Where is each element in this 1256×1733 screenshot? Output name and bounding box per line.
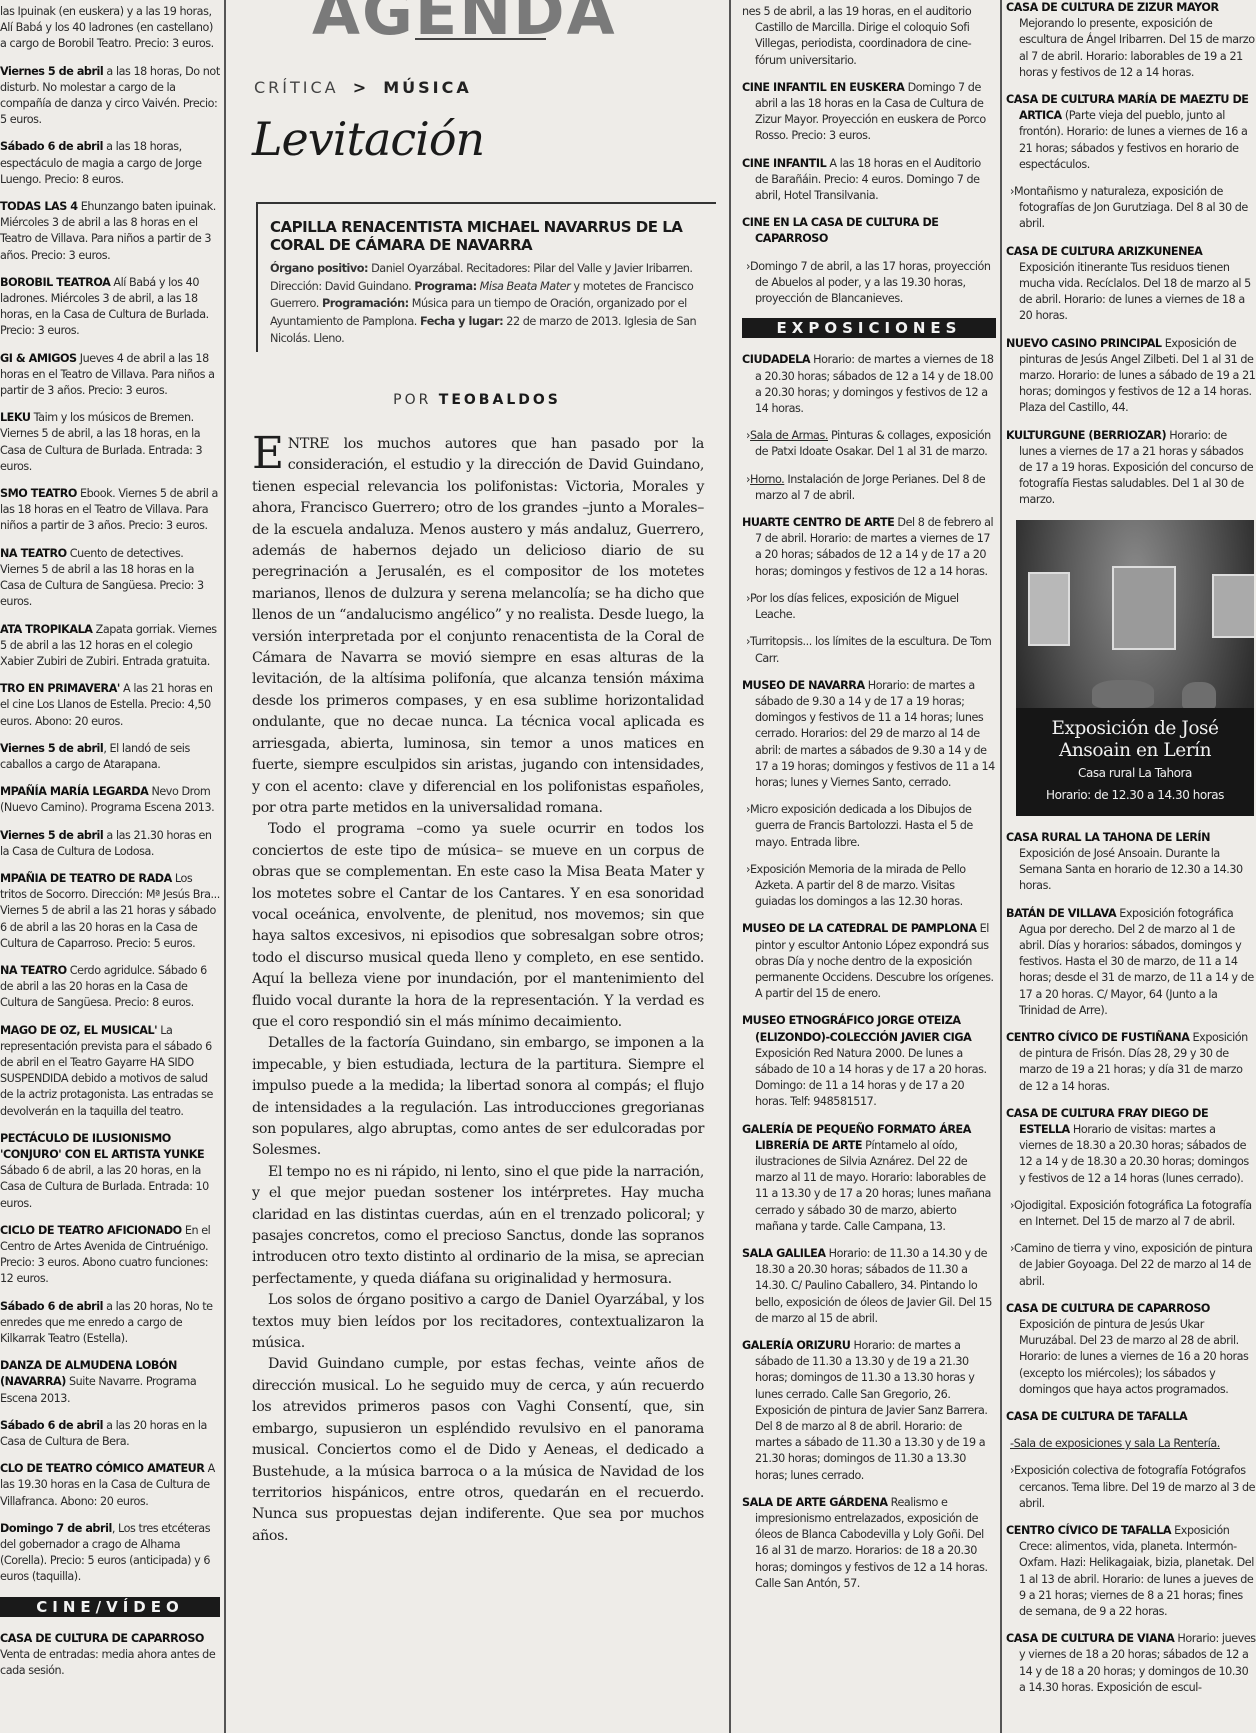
right-top-entries: CASA DE CULTURA DE ZIZUR MAYOR Mejorando…	[1006, 0, 1256, 509]
listing-entry: BATÁN DE VILLAVA Exposición fotográfica …	[1006, 906, 1256, 1019]
listing-subentry: ›Domingo 7 de abril, a las 17 horas, pro…	[742, 259, 996, 308]
listing-entry: CLO DE TEATRO CÓMICO AMATEUR A las 19.30…	[0, 1461, 220, 1510]
left-listings-column: las Ipuinak (en euskera) y a las 19 hora…	[0, 0, 220, 1733]
listing-entry: ATA TROPIKALA Zapata gorriak. Viernes 5 …	[0, 622, 220, 671]
fecha-label: Fecha y lugar:	[420, 315, 503, 328]
listing-venue: CASA DE CULTURA DE CAPARROSO	[1006, 1302, 1210, 1315]
listing-entry: MAGO DE OZ, EL MUSICAL' La representació…	[0, 1023, 220, 1120]
masthead-rule	[415, 38, 546, 40]
kicker-topic: MÚSICA	[383, 78, 472, 97]
infobox-details: Órgano positivo: Daniel Oyarzábal. Recit…	[270, 260, 716, 348]
listing-entry: Viernes 5 de abril, El landó de seis cab…	[0, 741, 220, 773]
listing-venue: LEKU	[0, 411, 31, 424]
listing-venue: GALERÍA ORIZURU	[742, 1339, 850, 1352]
caparroso-sub-entry: ›Domingo 7 de abril, a las 17 horas, pro…	[742, 259, 996, 308]
listing-text: Ojodigital. Exposición fotográfica La fo…	[1014, 1199, 1252, 1228]
column-divider	[729, 0, 731, 1733]
programacion-label: Programación:	[322, 297, 409, 310]
pot-image	[1092, 680, 1154, 708]
listing-venue: Domingo 7 de abril	[0, 1522, 112, 1535]
listing-venue: CASA DE CULTURA DE TAFALLA	[1006, 1410, 1187, 1423]
listing-text: Micro exposición dedicada a los Dibujos …	[750, 803, 973, 848]
section-bar-exposiciones: EXPOSICIONES	[742, 318, 996, 338]
listing-text: Turritopsis... los límites de la escultu…	[750, 635, 991, 664]
listing-venue: MPAÑÍA MARÍA LEGARDA	[0, 785, 148, 798]
expo-entries: CIUDADELA Horario: de martes a viernes d…	[742, 352, 996, 1592]
organo-label: Órgano positivo:	[270, 262, 368, 275]
listing-entry: SMO TEATRO Ebook. Viernes 5 de abril a l…	[0, 486, 220, 535]
listing-venue: NUEVO CASINO PRINCIPAL	[1006, 337, 1162, 350]
listing-venue: NA TEATRO	[0, 547, 67, 560]
listing-venue: CICLO DE TEATRO AFICIONADO	[0, 1224, 182, 1237]
listing-entry: CENTRO CÍVICO DE FUSTIÑANA Exposición de…	[1006, 1030, 1256, 1095]
article-paragraph: Todo el programa –como ya suele ocurrir …	[252, 819, 704, 1033]
article-column: AGENDA CRÍTICA > MÚSICA Levitación CAPIL…	[234, 0, 720, 1733]
listing-entry: GALERÍA ORIZURU Horario: de martes a sáb…	[742, 1338, 996, 1484]
listing-text: Exposición Red Natura 2000. De lunes a s…	[755, 1047, 987, 1109]
listing-subentry: ›Exposición colectiva de fotografía Fotó…	[1006, 1463, 1256, 1512]
listing-venue: Viernes 5 de abril	[0, 742, 103, 755]
right-listings-column: CASA DE CULTURA DE ZIZUR MAYOR Mejorando…	[1006, 0, 1256, 1733]
photo-caption-title: Exposición de José Ansoain en Lerín	[1016, 708, 1254, 762]
article-paragraph: ENTRE los muchos autores que han pasado …	[252, 434, 704, 819]
byline-author: TEOBALDOS	[439, 392, 561, 408]
listing-text: Camino de tierra y vino, exposición de p…	[1014, 1242, 1252, 1287]
article-paragraph: David Guindano cumple, por estas fechas,…	[252, 1354, 704, 1547]
article-paragraph: Los solos de órgano positivo a cargo de …	[252, 1290, 704, 1354]
listing-entry: Domingo 7 de abril, Los tres etcéteras d…	[0, 1521, 220, 1586]
mid-listings-column: nes 5 de abril, a las 19 horas, en el au…	[742, 0, 996, 1733]
listing-text: Taim y los músicos de Bremen. Viernes 5 …	[0, 411, 202, 473]
listing-entry: SALA GALILEA Horario: de 11.30 a 14.30 y…	[742, 1246, 996, 1327]
photo-caption-venue: Casa rural La Tahora	[1016, 762, 1254, 784]
listing-text: Venta de entradas: media ahora antes de …	[0, 1648, 215, 1677]
listing-entry: CASA RURAL LA TAHONA DE LERÍN Exposición…	[1006, 830, 1256, 895]
listing-entry: PECTÁCULO DE ILUSIONISMO 'CONJURO' CON E…	[0, 1131, 220, 1212]
listing-entry: MPAÑÍA MARÍA LEGARDA Nevo Drom (Nuevo Ca…	[0, 784, 220, 816]
listing-venue: MUSEO DE LA CATEDRAL DE PAMPLONA	[742, 922, 977, 935]
exhibition-photo: Exposición de José Ansoain en Lerín Casa…	[1016, 520, 1254, 816]
listing-entry: MPAÑIA DE TEATRO DE RADA Los tritos de S…	[0, 871, 220, 952]
listing-entry: GALERÍA DE PEQUEÑO FORMATO ÁREA LIBRERÍA…	[742, 1122, 996, 1235]
listing-subentry: ›Turritopsis... los límites de la escult…	[742, 634, 996, 666]
listing-text: Instalación de Jorge Perianes. Del 8 de …	[755, 473, 985, 502]
listing-text: Horario: de martes a sábado de 9.30 a 14…	[755, 679, 995, 789]
listing-entry: TRO EN PRIMAVERA' A las 21 horas en el c…	[0, 681, 220, 730]
listing-subentry: ›Sala de Armas. Pinturas & collages, exp…	[742, 428, 996, 460]
listing-entry: CINE INFANTIL A las 18 horas en el Audit…	[742, 156, 996, 205]
listing-entry: CASA DE CULTURA FRAY DIEGO DE ESTELLA Ho…	[1006, 1106, 1256, 1187]
byline-prefix: POR	[393, 392, 439, 408]
article-body: ENTRE los muchos autores que han pasado …	[252, 434, 704, 1547]
listing-entry: MUSEO DE LA CATEDRAL DE PAMPLONA El pint…	[742, 921, 996, 1002]
listing-entry: Sábado 6 de abril a las 20 horas, No te …	[0, 1299, 220, 1348]
listing-text: Exposición fotográfica Agua por derecho.…	[1019, 907, 1254, 1017]
listing-venue: HUARTE CENTRO DE ARTE	[742, 516, 894, 529]
programa-work: Misa Beata Mater	[477, 280, 571, 293]
dropcap: E	[252, 436, 284, 472]
listing-text: Sábado 6 de abril, a las 20 horas, en la…	[0, 1164, 209, 1209]
listing-venue: TODAS LAS 4	[0, 200, 78, 213]
listing-venue: MUSEO DE NAVARRA	[742, 679, 865, 692]
listing-entry: CASA DE CULTURA DE TAFALLA	[1006, 1409, 1256, 1425]
listing-venue: MUSEO ETNOGRÁFICO JORGE OTEIZA (ELIZONDO…	[742, 1014, 971, 1043]
listing-entry: CINE INFANTIL EN EUSKERA Domingo 7 de ab…	[742, 80, 996, 145]
listing-subentry: ›Ojodigital. Exposición fotográfica La f…	[1006, 1198, 1256, 1230]
venue-subheading: Horno.	[750, 473, 784, 486]
listing-entry: NA TEATRO Cerdo agridulce. Sábado 6 de a…	[0, 963, 220, 1012]
listing-venue: CINE INFANTIL EN EUSKERA	[742, 81, 904, 94]
listing-venue: CASA DE CULTURA ARIZKUNENEA	[1006, 245, 1202, 258]
listing-text: Exposición de José Ansoain. Durante la S…	[1019, 847, 1243, 892]
listing-entry: DANZA DE ALMUDENA LOBÓN (NAVARRA) Suite …	[0, 1358, 220, 1407]
listing-entry: CASA DE CULTURA DE VIANA Horario: jueves…	[1006, 1631, 1256, 1696]
listing-text: Montañismo y naturaleza, exposición de f…	[1014, 185, 1248, 230]
article-paragraph: Detalles de la factoría Guindano, sin em…	[252, 1033, 704, 1161]
photo-caption-hours: Horario: de 12.30 a 14.30 horas	[1016, 784, 1254, 806]
listing-venue: CINE INFANTIL	[742, 157, 826, 170]
listing-entry: CASA DE CULTURA DE CAPARROSO Exposición …	[1006, 1301, 1256, 1398]
byline: POR TEOBALDOS	[234, 392, 720, 408]
photo-caption: Exposición de José Ansoain en Lerín Casa…	[1016, 708, 1254, 816]
listing-entry: nes 5 de abril, a las 19 horas, en el au…	[742, 4, 996, 69]
listing-text: las Ipuinak (en euskera) y a las 19 hora…	[0, 5, 214, 50]
listing-venue: CENTRO CÍVICO DE FUSTIÑANA	[1006, 1031, 1189, 1044]
listing-text: Exposición colectiva de fotografía Fotóg…	[1014, 1464, 1255, 1509]
listing-text: Exposición Crece: alimentos, vida, plane…	[1019, 1524, 1254, 1618]
listing-text: Exposición de pintura de Jesús Ukar Muru…	[1019, 1318, 1248, 1396]
listing-entry: LEKU Taim y los músicos de Bremen. Viern…	[0, 410, 220, 475]
kicker-section: CRÍTICA	[254, 78, 339, 97]
listing-entry: CIUDADELA Horario: de martes a viernes d…	[742, 352, 996, 417]
listing-text: Mejorando lo presente, exposición de esc…	[1019, 17, 1255, 79]
listing-entry: Viernes 5 de abril a las 18 horas, Do no…	[0, 64, 220, 129]
listing-entry: NUEVO CASINO PRINCIPAL Exposición de pin…	[1006, 336, 1256, 417]
listing-entry: NA TEATRO Cuento de detectives. Viernes …	[0, 546, 220, 611]
column-divider	[224, 0, 226, 1733]
listing-venue: PECTÁCULO DE ILUSIONISMO 'CONJURO' CON E…	[0, 1132, 204, 1161]
infobox-title: CAPILLA RENACENTISTA MICHAEL NAVARRUS DE…	[270, 218, 716, 254]
listing-entry: MUSEO ETNOGRÁFICO JORGE OTEIZA (ELIZONDO…	[742, 1013, 996, 1110]
concert-infobox: CAPILLA RENACENTISTA MICHAEL NAVARRUS DE…	[256, 202, 716, 352]
painting-image	[1212, 574, 1254, 638]
listing-entry: BOROBIL TEATROA Alí Babá y los 40 ladron…	[0, 275, 220, 340]
listing-venue: CLO DE TEATRO CÓMICO AMATEUR	[0, 1462, 204, 1475]
listing-text: Horario: de martes a sábado de 11.30 a 1…	[755, 1339, 988, 1482]
listing-text: Domingo 7 de abril, a las 17 horas, proy…	[750, 260, 991, 305]
listing-subentry: ›Camino de tierra y vino, exposición de …	[1006, 1241, 1256, 1290]
column-divider	[1000, 0, 1002, 1733]
listing-venue: TRO EN PRIMAVERA'	[0, 682, 120, 695]
listing-entry: Sábado 6 de abril a las 20 horas en la C…	[0, 1418, 220, 1450]
article-paragraph: El tempo no es ni rápido, ni lento, sino…	[252, 1162, 704, 1290]
paragraph-text: NTRE los muchos autores que han pasado p…	[252, 436, 704, 816]
right-bottom-entries: CASA RURAL LA TAHONA DE LERÍN Exposición…	[1006, 830, 1256, 1696]
pot-image	[1182, 682, 1216, 710]
listing-venue: CASA DE CULTURA DE ZIZUR MAYOR	[1006, 1, 1219, 14]
listing-entry: MUSEO DE NAVARRA Horario: de martes a sá…	[742, 678, 996, 791]
left-after-entries: CASA DE CULTURA DE CAPARROSO Venta de en…	[0, 1631, 220, 1680]
listing-entry: CINE EN LA CASA DE CULTURA DE CAPARROSO	[742, 215, 996, 247]
listing-entry: TODAS LAS 4 Ehunzango baten ipuinak. Mié…	[0, 199, 220, 264]
cine-entries: nes 5 de abril, a las 19 horas, en el au…	[742, 0, 996, 248]
listing-venue: ATA TROPIKALA	[0, 623, 93, 636]
listing-entry: CENTRO CÍVICO DE TAFALLA Exposición Crec…	[1006, 1523, 1256, 1620]
listing-venue: Viernes 5 de abril	[0, 829, 103, 842]
listing-venue: CASA RURAL LA TAHONA DE LERÍN	[1006, 831, 1210, 844]
listing-venue: SALA DE ARTE GÁRDENA	[742, 1496, 888, 1509]
listing-entry: SALA DE ARTE GÁRDENA Realismo e impresio…	[742, 1495, 996, 1592]
listing-venue: SMO TEATRO	[0, 487, 77, 500]
listing-entry: CICLO DE TEATRO AFICIONADO En el Centro …	[0, 1223, 220, 1288]
listing-venue: GI & AMIGOS	[0, 352, 77, 365]
programa-label: Programa:	[414, 280, 476, 293]
left-entries: las Ipuinak (en euskera) y a las 19 hora…	[0, 0, 220, 1586]
listing-entry: CASA DE CULTURA DE CAPARROSO Venta de en…	[0, 1631, 220, 1680]
listing-venue: MAGO DE OZ, EL MUSICAL'	[0, 1024, 157, 1037]
kicker: CRÍTICA > MÚSICA	[254, 78, 472, 97]
listing-venue: CINE EN LA CASA DE CULTURA DE CAPARROSO	[742, 216, 939, 245]
listing-entry: CASA DE CULTURA ARIZKUNENEA Exposición i…	[1006, 244, 1256, 325]
listing-venue: Sábado 6 de abril	[0, 1419, 103, 1432]
listing-text: Exposición Memoria de la mirada de Pello…	[750, 863, 966, 908]
listing-venue: CIUDADELA	[742, 353, 810, 366]
venue-subheading: -Sala de exposiciones y sala La Rentería…	[1010, 1437, 1220, 1450]
listing-text: Píntamelo al oído, ilustraciones de Silv…	[755, 1139, 991, 1233]
listing-venue: SALA GALILEA	[742, 1247, 826, 1260]
listing-venue: Viernes 5 de abril	[0, 65, 103, 78]
chevron-right-icon: >	[353, 78, 369, 97]
listing-venue: CASA DE CULTURA DE VIANA	[1006, 1632, 1174, 1645]
listing-venue: KULTURGUNE (BERRIOZAR)	[1006, 429, 1166, 442]
listing-text: Por los días felices, exposición de Migu…	[750, 592, 959, 621]
listing-venue: BOROBIL TEATROA	[0, 276, 110, 289]
masthead: AGENDA	[312, 0, 617, 49]
listing-subentry: ›Por los días felices, exposición de Mig…	[742, 591, 996, 623]
listing-subentry: -Sala de exposiciones y sala La Rentería…	[1006, 1436, 1256, 1452]
listing-text: Exposición itinerante Tus residuos tiene…	[1019, 261, 1251, 323]
listing-venue: CENTRO CÍVICO DE TAFALLA	[1006, 1524, 1171, 1537]
listing-entry: Viernes 5 de abril a las 21.30 horas en …	[0, 828, 220, 860]
painting-image	[1112, 566, 1176, 650]
listing-entry: HUARTE CENTRO DE ARTE Del 8 de febrero a…	[742, 515, 996, 580]
listing-text: La representación prevista para el sábad…	[0, 1024, 213, 1118]
venue-subheading: Sala de Armas.	[750, 429, 828, 442]
listing-text: nes 5 de abril, a las 19 horas, en el au…	[742, 5, 971, 67]
listing-entry: GI & AMIGOS Jueves 4 de abril a las 18 h…	[0, 351, 220, 400]
listing-subentry: ›Exposición Memoria de la mirada de Pell…	[742, 862, 996, 911]
listing-entry: CASA DE CULTURA DE ZIZUR MAYOR Mejorando…	[1006, 0, 1256, 81]
listing-venue: CASA DE CULTURA DE CAPARROSO	[0, 1632, 204, 1645]
listing-subentry: ›Horno. Instalación de Jorge Perianes. D…	[742, 472, 996, 504]
painting-image	[1028, 572, 1070, 646]
listing-subentry: ›Montañismo y naturaleza, exposición de …	[1006, 184, 1256, 233]
listing-subentry: ›Micro exposición dedicada a los Dibujos…	[742, 802, 996, 851]
listing-entry: CASA DE CULTURA MARÍA DE MAEZTU DE ARTIC…	[1006, 92, 1256, 173]
listing-entry: KULTURGUNE (BERRIOZAR) Horario: de lunes…	[1006, 428, 1256, 509]
listing-venue: BATÁN DE VILLAVA	[1006, 907, 1116, 920]
listing-venue: Sábado 6 de abril	[0, 140, 103, 153]
article-headline: Levitación	[252, 112, 484, 166]
listing-venue: Sábado 6 de abril	[0, 1300, 103, 1313]
section-bar-cine-video: CINE/VÍDEO	[0, 1597, 220, 1617]
listing-entry: las Ipuinak (en euskera) y a las 19 hora…	[0, 4, 220, 53]
listing-venue: MPAÑIA DE TEATRO DE RADA	[0, 872, 172, 885]
listing-entry: Sábado 6 de abril a las 18 horas, espect…	[0, 139, 220, 188]
listing-venue: NA TEATRO	[0, 964, 67, 977]
listing-text: Realismo e impresionismo entrelazados, e…	[755, 1496, 988, 1590]
